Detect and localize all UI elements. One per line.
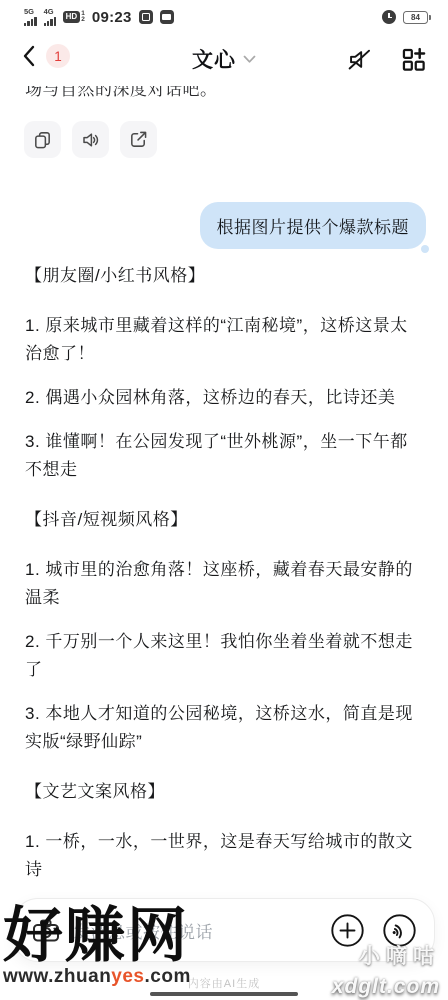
clock-time: 09:23 [92,9,132,26]
ai-generated-notice: 内容由AI生成 [0,975,448,991]
sim2-label: 2 [81,17,85,24]
mute-speaker-icon[interactable] [346,46,373,73]
copy-button[interactable] [24,121,61,158]
alarm-clock-icon [382,10,396,24]
camera-icon[interactable] [31,917,61,944]
response-paragraph: 2. 千万别一个人来这里！我怕你坐着坐着就不想走了 [25,628,424,684]
signal-4g-icon: 4G [44,8,57,26]
hd-volte-icon: HD 12 [63,11,85,24]
battery-level: 84 [411,13,420,22]
response-sections: 【朋友圈/小红书风格】1. 原来城市里藏着这样的“江南秘境”，这桥这景太治愈了！… [25,262,424,884]
response-paragraph: 3. 谁懂啊！在公园发现了“世外桃源”，坐一下午都不想走 [25,428,424,484]
add-attachment-button[interactable] [330,913,365,948]
unread-count-badge: 1 [46,44,70,68]
section-heading: 【文艺文案风格】 [25,778,424,806]
home-indicator[interactable] [150,992,298,996]
response-paragraph: 2. 偶遇小众园林角落，这桥边的春天，比诗还美 [25,384,424,412]
network-label-4g: 4G [44,8,54,16]
section-heading: 【朋友圈/小红书风格】 [25,262,424,290]
response-paragraph: 1. 城市里的治愈角落！这座桥，藏着春天最安静的温柔 [25,556,424,612]
composer-bar[interactable]: 发消息或按住说话 [13,898,435,962]
chevron-down-icon[interactable] [243,55,256,64]
message-action-row [24,121,157,158]
nav-bar: 1 文心 [0,30,448,86]
battery-icon: 84 [403,11,428,24]
hd-badge: HD [63,11,80,23]
status-bar: 5G 4G HD 12 09:23 84 [0,0,448,30]
user-message-bubble: 根据图片提供个爆款标题 [200,202,427,249]
title-group[interactable]: 文心 [192,44,256,74]
network-label-5g: 5G [24,8,34,16]
new-chat-grid-icon[interactable] [400,46,427,73]
message-notification-icon [160,10,174,24]
share-button[interactable] [120,121,157,158]
read-aloud-button[interactable] [72,121,109,158]
notification-app-icon [139,10,153,24]
page-title: 文心 [192,44,236,74]
section-heading: 【抖音/短视频风格】 [25,506,424,534]
user-message-text: 根据图片提供个爆款标题 [217,218,410,237]
response-paragraph: 3. 本地人才知道的公园秘境，这桥这水，简直是现实版“绿野仙踪” [25,700,424,756]
voice-mode-button[interactable] [382,913,417,948]
signal-bars-icon [24,17,37,26]
ai-response: 【朋友圈/小红书风格】1. 原来城市里藏着这样的“江南秘境”，这桥这景太治愈了！… [25,262,424,900]
back-button[interactable] [22,45,35,67]
message-input[interactable]: 发消息或按住说话 [73,918,330,943]
wenxin-chat-screen: 5G 4G HD 12 09:23 84 1 [0,0,448,1000]
response-paragraph: 1. 一桥，一水，一世界，这是春天写给城市的散文诗 [25,828,424,884]
previous-message-clipped: 场与自然的深度对话吧。 [25,86,423,100]
previous-message-text: 场与自然的深度对话吧。 [25,86,423,100]
signal-bars-icon [44,17,57,26]
response-paragraph: 1. 原来城市里藏着这样的“江南秘境”，这桥这景太治愈了！ [25,312,424,368]
signal-5g-icon: 5G [24,8,37,26]
